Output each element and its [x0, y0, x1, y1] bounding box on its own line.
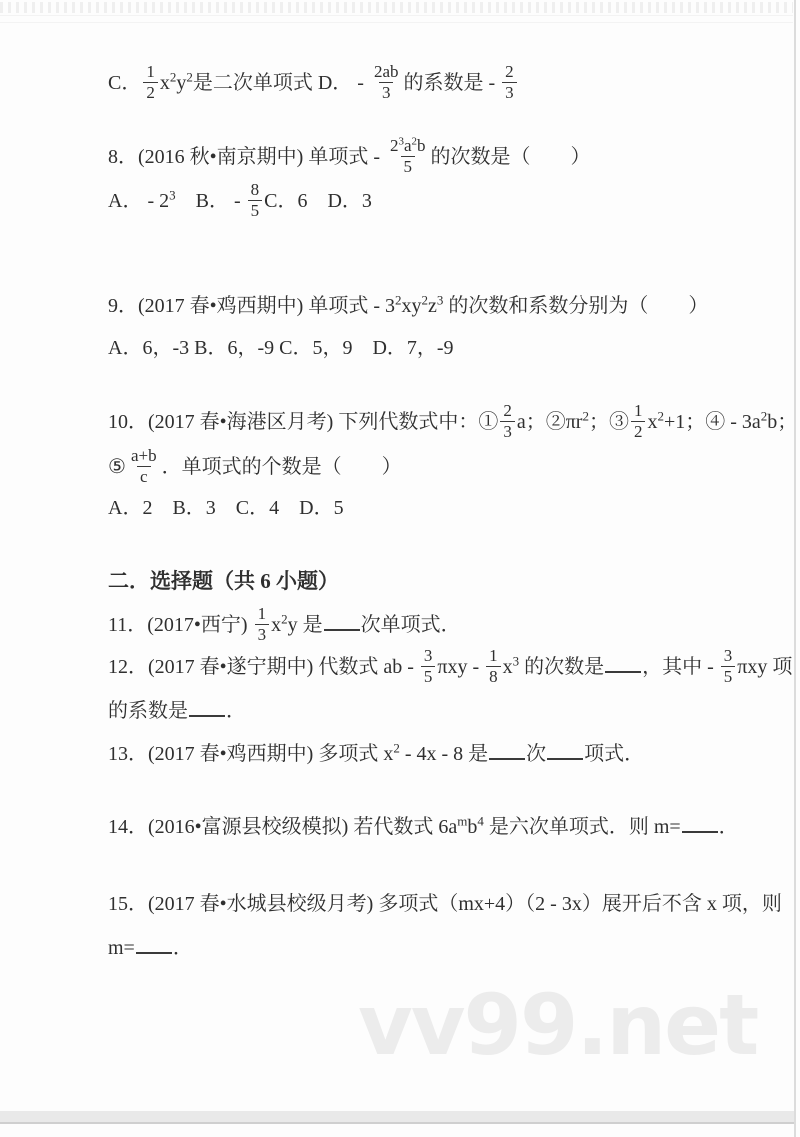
text-run: +1；④ - 3a: [664, 411, 761, 433]
text-run: ．: [719, 816, 739, 838]
text-run: ．: [173, 937, 193, 959]
q10-stem-line1: 10．(2017 春•海港区月考) 下列代数式中：①23a；②πr2；③12x2…: [108, 398, 797, 446]
text-run: 9．(2017 春•鸡西期中) 单项式 - 3: [108, 295, 395, 317]
q9-options: A．6，-3 B．6，-9 C．5，9 D．7，-9: [108, 324, 454, 372]
text-run: x: [271, 614, 281, 636]
fraction-numerator: 1: [486, 647, 501, 666]
text-run: x: [503, 656, 513, 678]
fraction-numerator: 2: [502, 63, 517, 82]
fraction: 12: [631, 402, 646, 441]
text-run: 5: [404, 157, 413, 176]
text-run: 2ab: [374, 62, 399, 81]
q9-stem: 9．(2017 春•鸡西期中) 单项式 - 32xy2z3 的次数和系数分别为（…: [108, 282, 708, 330]
text-run: 1: [634, 401, 643, 420]
text-run: y: [176, 72, 186, 94]
fraction: 35: [721, 647, 736, 686]
fraction-denominator: 2: [631, 421, 646, 441]
q14: 14．(2016•富源县校级模拟) 若代数式 6amb4 是六次单项式．则 m=…: [108, 803, 739, 851]
text-run: 3: [724, 646, 733, 665]
text-run: πxy 项: [737, 656, 792, 678]
page-top-rule-2: [0, 22, 793, 23]
text-run: 2: [634, 422, 643, 441]
fraction-numerator: 3: [721, 647, 736, 666]
text-run: 的次数是（ ）: [431, 146, 591, 168]
text-run: 是六次单项式．则 m=: [484, 816, 681, 838]
page-right-edge: [794, 0, 796, 1137]
q13: 13．(2017 春•鸡西期中) 多项式 x2 - 4x - 8 是次项式．: [108, 730, 644, 778]
text-run: 12．(2017 春•遂宁期中) 代数式 ab -: [108, 656, 419, 678]
fraction-denominator: 3: [502, 82, 517, 102]
q7-options-cd: C．12x2y2是二次单项式 D． - 2ab3的系数是 - 23: [108, 59, 519, 107]
fraction-denominator: 3: [379, 82, 394, 102]
text-run: A．2 B．3 C．4 D．5: [108, 497, 344, 519]
fraction-denominator: 5: [401, 156, 416, 176]
fraction-numerator: a+b: [128, 447, 160, 466]
text-run: ．单项式的个数是（ ）: [162, 456, 402, 478]
text-run: 3: [258, 625, 267, 644]
text-run: 8: [251, 180, 260, 199]
page-top-perforation: [0, 2, 793, 13]
fraction-numerator: 3: [421, 647, 436, 666]
fraction-denominator: 3: [255, 624, 270, 644]
text-run: x: [160, 72, 170, 94]
answer-blank: [605, 671, 641, 673]
fraction-denominator: 2: [143, 82, 158, 102]
text-run: y 是: [288, 614, 323, 636]
text-run: a: [404, 136, 412, 155]
text-run: 的次数是: [519, 656, 604, 678]
text-run: 1: [489, 646, 498, 665]
text-run: z: [428, 295, 437, 317]
fraction: 13: [255, 605, 270, 644]
text-run: C．6 D．3: [264, 190, 372, 212]
answer-blank: [547, 758, 583, 760]
text-run: b: [417, 136, 426, 155]
fraction: 23: [502, 63, 517, 102]
text-run: 5: [424, 667, 433, 686]
text-run: ．: [226, 700, 246, 722]
text-run: 5: [724, 667, 733, 686]
fraction-denominator: 8: [486, 666, 501, 686]
text-run: 项式．: [584, 743, 644, 765]
fraction: 12: [143, 63, 158, 102]
text-run: 11．(2017•西宁): [108, 614, 253, 636]
text-run: 2: [146, 83, 155, 102]
fraction: 23: [500, 402, 515, 441]
page-top-rule-1: [0, 15, 793, 16]
fraction-numerator: 8: [248, 181, 263, 200]
watermark: vv99.net: [358, 976, 757, 1074]
text-run: x: [647, 411, 657, 433]
fraction-numerator: 2ab: [371, 63, 402, 82]
q8-options: A． - 23 B． - 85C．6 D．3: [108, 177, 372, 225]
text-run: 的次数和系数分别为（ ）: [443, 295, 708, 317]
text-run: 是二次单项式 D． -: [193, 72, 369, 94]
text-run: m=: [108, 937, 135, 959]
q15-line2: m=．: [108, 924, 193, 972]
text-run: 2: [503, 401, 512, 420]
q15-line1: 15．(2017 春•水城县校级月考) 多项式（mx+4）（2 - 3x）展开后…: [108, 880, 782, 928]
fraction-numerator: 1: [631, 402, 646, 421]
text-run: 2: [505, 62, 514, 81]
text-run: 10．(2017 春•海港区月考) 下列代数式中：①: [108, 411, 498, 433]
text-run: 15．(2017 春•水城县校级月考) 多项式（mx+4）（2 - 3x）展开后…: [108, 893, 782, 915]
text-run: 3: [503, 422, 512, 441]
text-run: C．: [108, 72, 141, 94]
text-run: 的系数是 -: [404, 72, 501, 94]
page-separator-band: [0, 1111, 794, 1124]
answer-blank: [324, 629, 360, 631]
fraction-numerator: 23a2b: [387, 137, 429, 156]
text-run: a+b: [131, 446, 157, 465]
fraction-denominator: 5: [721, 666, 736, 686]
text-run: B． -: [176, 190, 246, 212]
text-run: b: [467, 816, 477, 838]
text-run: 3: [424, 646, 433, 665]
text-run: 3: [382, 83, 391, 102]
text-run: 二．选择题（共 6 小题）: [108, 569, 339, 593]
answer-blank: [136, 952, 172, 954]
fraction: 35: [421, 647, 436, 686]
text-run: xy: [401, 295, 421, 317]
answer-blank: [682, 831, 718, 833]
fraction-numerator: 2: [500, 402, 515, 421]
text-run: b；: [767, 411, 797, 433]
fraction-denominator: c: [137, 466, 151, 486]
q12-line1: 12．(2017 春•遂宁期中) 代数式 ab - 35πxy - 18x3 的…: [108, 643, 792, 691]
fraction-denominator: 5: [248, 200, 263, 220]
q11: 11．(2017•西宁) 13x2y 是次单项式．: [108, 601, 461, 649]
text-run: a；②πr: [517, 411, 583, 433]
text-run: ⑤: [108, 456, 126, 478]
text-run: A．6，-3 B．6，-9 C．5，9 D．7，-9: [108, 337, 454, 359]
text-run: - 4x - 8 是: [400, 743, 488, 765]
fraction: 85: [248, 181, 263, 220]
fraction: 2ab3: [371, 63, 402, 102]
text-run: 次: [526, 743, 546, 765]
q12-line2: 的系数是．: [108, 687, 246, 735]
text-run: 5: [251, 201, 260, 220]
text-run: ；③: [589, 411, 629, 433]
text-run: 3: [505, 83, 514, 102]
text-run: 14．(2016•富源县校级模拟) 若代数式 6a: [108, 816, 457, 838]
fraction-denominator: 3: [500, 421, 515, 441]
text-run: 8: [489, 667, 498, 686]
text-run: 的系数是: [108, 700, 188, 722]
text-run: 13．(2017 春•鸡西期中) 多项式 x: [108, 743, 393, 765]
text-run: A． - 2: [108, 190, 169, 212]
fraction: 18: [486, 647, 501, 686]
text-run: πxy -: [437, 656, 484, 678]
fraction-numerator: 1: [255, 605, 270, 624]
answer-blank: [189, 715, 225, 717]
text-run: 次单项式．: [361, 614, 461, 636]
section-2-heading: 二．选择题（共 6 小题）: [108, 557, 339, 605]
text-run: 8．(2016 秋•南京期中) 单项式 -: [108, 146, 385, 168]
answer-blank: [489, 758, 525, 760]
text-run: 1: [258, 604, 267, 623]
superscript: m: [457, 813, 467, 828]
fraction: 23a2b5: [387, 137, 429, 176]
q10-options: A．2 B．3 C．4 D．5: [108, 484, 344, 532]
q8-stem: 8．(2016 秋•南京期中) 单项式 - 23a2b5的次数是（ ）: [108, 133, 591, 181]
fraction: a+bc: [128, 447, 160, 486]
text-run: 1: [146, 62, 155, 81]
fraction-numerator: 1: [143, 63, 158, 82]
fraction-denominator: 5: [421, 666, 436, 686]
text-run: ，其中 -: [642, 656, 719, 678]
